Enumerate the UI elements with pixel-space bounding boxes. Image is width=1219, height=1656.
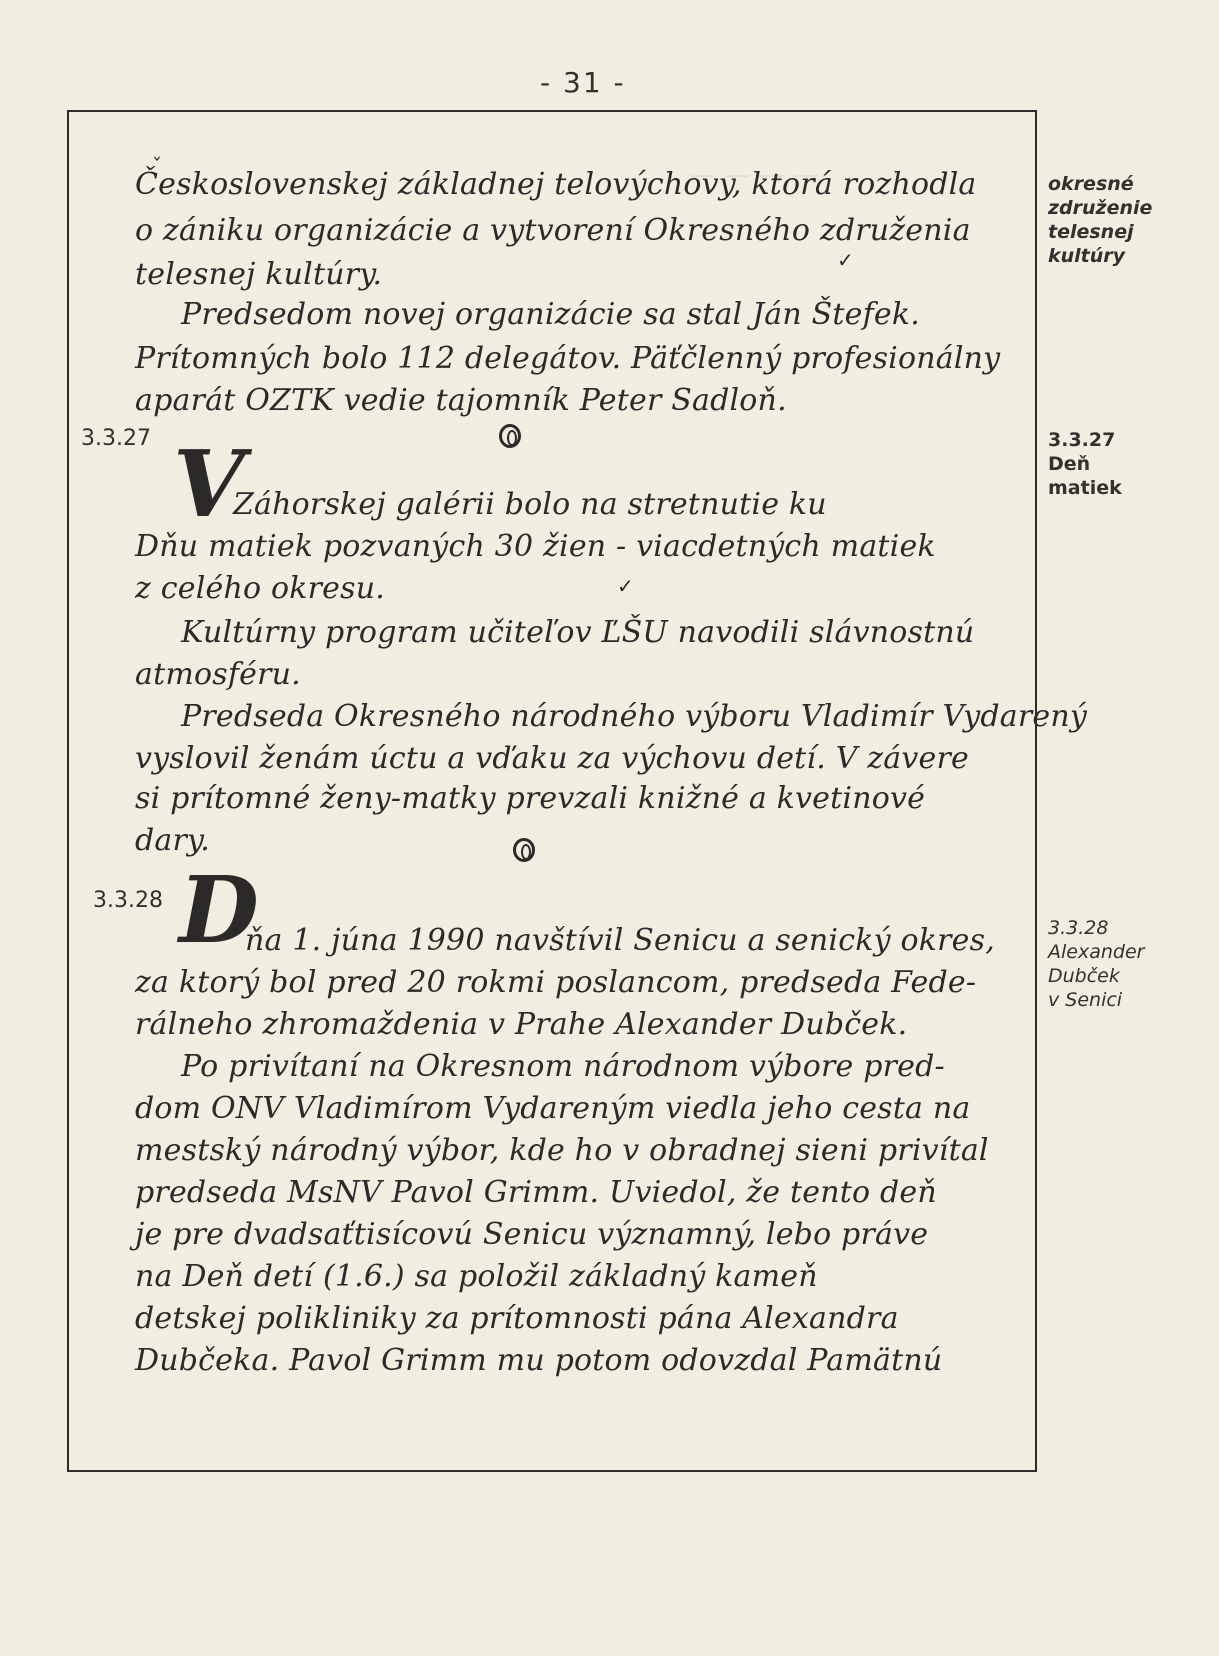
section-separator-ornament: [499, 424, 521, 448]
body-line: Predsedom novej organizácie sa stal Ján …: [181, 300, 920, 330]
body-line: Kultúrny program učiteľov ĽŠU navodili s…: [181, 618, 974, 648]
body-line: atmosféru.: [135, 660, 301, 690]
body-line: na Deň detí (1.6.) sa položil základný k…: [135, 1262, 818, 1292]
section-separator-ornament: [513, 838, 535, 862]
body-line: Predseda Okresného národného výboru Vlad…: [181, 702, 1087, 732]
margin-note-line: Alexander: [1048, 940, 1144, 964]
margin-note-line: okresné: [1048, 172, 1152, 196]
body-line: za ktorý bol pred 20 rokmi poslancom, pr…: [135, 968, 976, 998]
margin-note-line: Dubček: [1048, 964, 1144, 988]
margin-note-line: 3.3.27: [1048, 428, 1122, 452]
body-line: je pre dvadsaťtisícovú Senicu významný, …: [135, 1220, 928, 1250]
body-line: z celého okresu.: [135, 574, 385, 604]
margin-note-line: telesnej: [1048, 220, 1152, 244]
margin-note-line: Deň: [1048, 452, 1122, 476]
check-mark: ✓: [837, 248, 854, 272]
body-line: o zániku organizácie a vytvorení Okresné…: [135, 216, 971, 246]
margin-note-dubcek-v-senici: 3.3.28 Alexander Dubček v Senici: [1048, 916, 1144, 1012]
margin-note-line: matiek: [1048, 476, 1122, 500]
margin-note-line: kultúry: [1048, 244, 1152, 268]
body-line: Prítomných bolo 112 delegátov. Päťčlenný…: [135, 344, 1000, 374]
chronicle-frame: ˇ Československej základnej telovýchovy,…: [67, 110, 1037, 1472]
body-line: Záhorskej galérii bolo na stretnutie ku: [233, 490, 827, 520]
check-mark: ✓: [617, 574, 634, 598]
body-line: rálneho zhromaždenia v Prahe Alexander D…: [135, 1010, 907, 1040]
body-line: mestský národný výbor, kde ho v obradnej…: [135, 1136, 989, 1166]
body-line: Po privítaní na Okresnom národnom výbore…: [181, 1052, 945, 1082]
body-line: si prítomné ženy-matky prevzali knižné a…: [135, 784, 925, 814]
body-line: detskej polikliniky za prítomnosti pána …: [135, 1304, 899, 1334]
section-number: 3.3.28: [93, 888, 163, 913]
margin-note-line: v Senici: [1048, 988, 1144, 1012]
body-line: Československej základnej telovýchovy, k…: [135, 170, 977, 200]
body-line: aparát OZTK vedie tajomník Peter Sadloň.: [135, 386, 787, 416]
body-line: Dňu matiek pozvaných 30 žien - viacdetný…: [135, 532, 936, 562]
section-number: 3.3.27: [81, 426, 151, 451]
margin-note-okresne-zdruzenie: okresné združenie telesnej kultúry: [1048, 172, 1152, 268]
page-number: - 31 -: [540, 66, 626, 99]
chronicle-content: ˇ Československej základnej telovýchovy,…: [69, 112, 1035, 1470]
body-line: vyslovil ženám úctu a vďaku za výchovu d…: [135, 744, 969, 774]
body-line: ňa 1. júna 1990 navštívil Senicu a senic…: [245, 926, 995, 956]
body-line: dary.: [135, 826, 210, 856]
body-line: dom ONV Vladimírom Vydareným viedla jeho…: [135, 1094, 970, 1124]
margin-note-line: 3.3.28: [1048, 916, 1144, 940]
body-line: Dubčeka. Pavol Grimm mu potom odovzdal P…: [135, 1346, 942, 1376]
body-line: predseda MsNV Pavol Grimm. Uviedol, že t…: [135, 1178, 937, 1208]
body-line: telesnej kultúry.: [135, 260, 382, 290]
margin-note-den-matiek: 3.3.27 Deň matiek: [1048, 428, 1122, 500]
margin-note-line: združenie: [1048, 196, 1152, 220]
